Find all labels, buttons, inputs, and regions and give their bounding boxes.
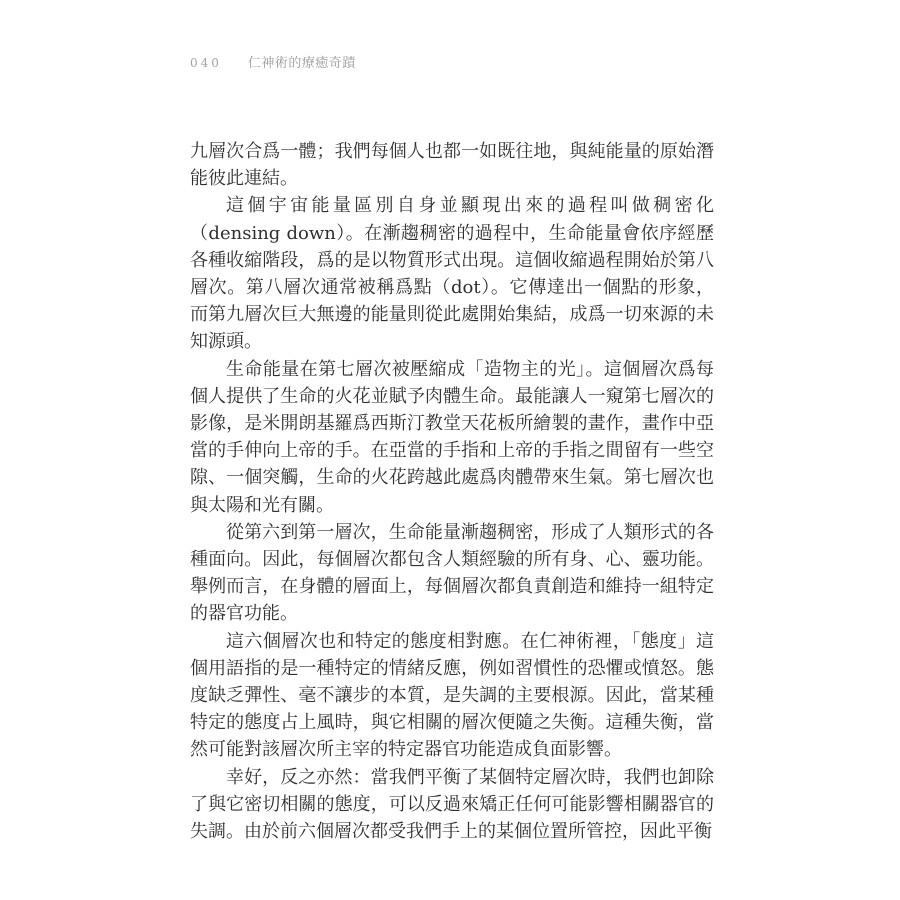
paragraph: 九層次合爲一體；我們每個人也都一如既往地，與純能量的原始潛能彼此連結。	[190, 138, 714, 192]
running-header: 040 仁神術的療癒奇蹟	[190, 52, 356, 71]
paragraph: 生命能量在第七層次被壓縮成「造物主的光」。這個層次爲每個人提供了生命的火花並賦予…	[190, 356, 714, 519]
paragraph: 這個宇宙能量區別自身並顯現出來的過程叫做稠密化（densing down）。在漸…	[190, 192, 714, 355]
book-page: 040 仁神術的療癒奇蹟 九層次合爲一體；我們每個人也都一如既往地，與純能量的原…	[0, 0, 900, 900]
text-block: 九層次合爲一體；我們每個人也都一如既往地，與純能量的原始潛能彼此連結。這個宇宙能…	[190, 138, 714, 845]
page-number: 040	[190, 56, 222, 70]
paragraph: 幸好，反之亦然：當我們平衡了某個特定層次時，我們也卸除了與它密切相關的態度，可以…	[190, 764, 714, 846]
book-title: 仁神術的療癒奇蹟	[248, 52, 356, 71]
paragraph: 這六個層次也和特定的態度相對應。在仁神術裡，「態度」這個用語指的是一種特定的情緒…	[190, 628, 714, 764]
paragraph: 從第六到第一層次，生命能量漸趨稠密，形成了人類形式的各種面向。因此，每個層次都包…	[190, 519, 714, 628]
